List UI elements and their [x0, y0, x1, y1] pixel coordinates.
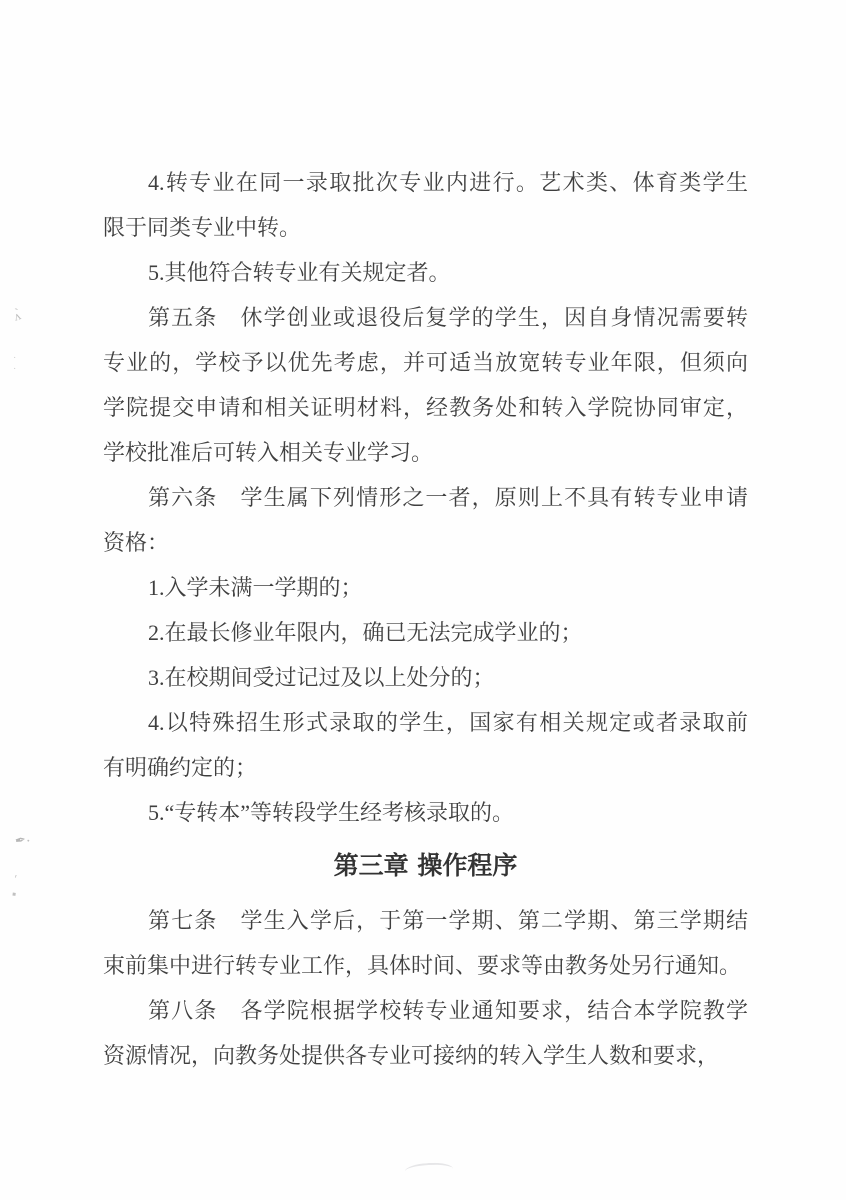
doc-line-9: 资格： — [103, 520, 748, 565]
chapter-heading: 第三章 操作程序 — [103, 843, 748, 888]
doc-line-13: 4.以特殊招生形式录取的学生，国家有相关规定或者录取前 — [103, 700, 748, 745]
doc-line-2: 限于同类专业中转。 — [103, 205, 748, 250]
scan-smudge-icon: ʌ̀ — [12, 307, 23, 324]
doc-line-19: 资源情况，向教务处提供各专业可接纳的转入学生人数和要求， — [103, 1033, 748, 1078]
doc-line-15: 5.“专转本”等转段学生经考核录取的。 — [103, 790, 748, 835]
doc-line-18: 第八条 各学院根据学校转专业通知要求，结合本学院教学 — [103, 988, 748, 1033]
doc-line-17: 束前集中进行转专业工作，具体时间、要求等由教务处另行通知。 — [103, 943, 748, 988]
scan-smudge-icon: ˙˙ — [13, 356, 17, 378]
scan-smudge-icon — [405, 1162, 454, 1178]
doc-line-5: 专业的，学校予以优先考虑，并可适当放宽转专业年限，但须向 — [103, 340, 748, 385]
doc-line-11: 2.在最长修业年限内，确已无法完成学业的； — [103, 610, 748, 655]
doc-line-1: 4.转专业在同一录取批次专业内进行。艺术类、体育类学生 — [103, 160, 748, 205]
doc-line-16: 第七条 学生入学后，于第一学期、第二学期、第三学期结 — [103, 898, 748, 943]
scan-smudge-icon: ✒︎˖ — [14, 831, 32, 850]
doc-line-3: 5.其他符合转专业有关规定者。 — [103, 250, 748, 295]
scan-smudge-icon: ′▪ — [11, 872, 19, 902]
doc-line-6: 学院提交申请和相关证明材料，经教务处和转入学院协同审定， — [103, 385, 748, 430]
doc-line-7: 学校批准后可转入相关专业学习。 — [103, 430, 748, 475]
doc-line-8: 第六条 学生属下列情形之一者，原则上不具有转专业申请 — [103, 475, 748, 520]
doc-line-10: 1.入学未满一学期的； — [103, 565, 748, 610]
document-body: 4.转专业在同一录取批次专业内进行。艺术类、体育类学生 限于同类专业中转。 5.… — [103, 160, 748, 1078]
doc-line-4: 第五条 休学创业或退役后复学的学生，因自身情况需要转 — [103, 295, 748, 340]
document-page: 4.转专业在同一录取批次专业内进行。艺术类、体育类学生 限于同类专业中转。 5.… — [0, 0, 846, 1200]
doc-line-12: 3.在校期间受过记过及以上处分的； — [103, 655, 748, 700]
doc-line-14: 有明确约定的； — [103, 745, 748, 790]
